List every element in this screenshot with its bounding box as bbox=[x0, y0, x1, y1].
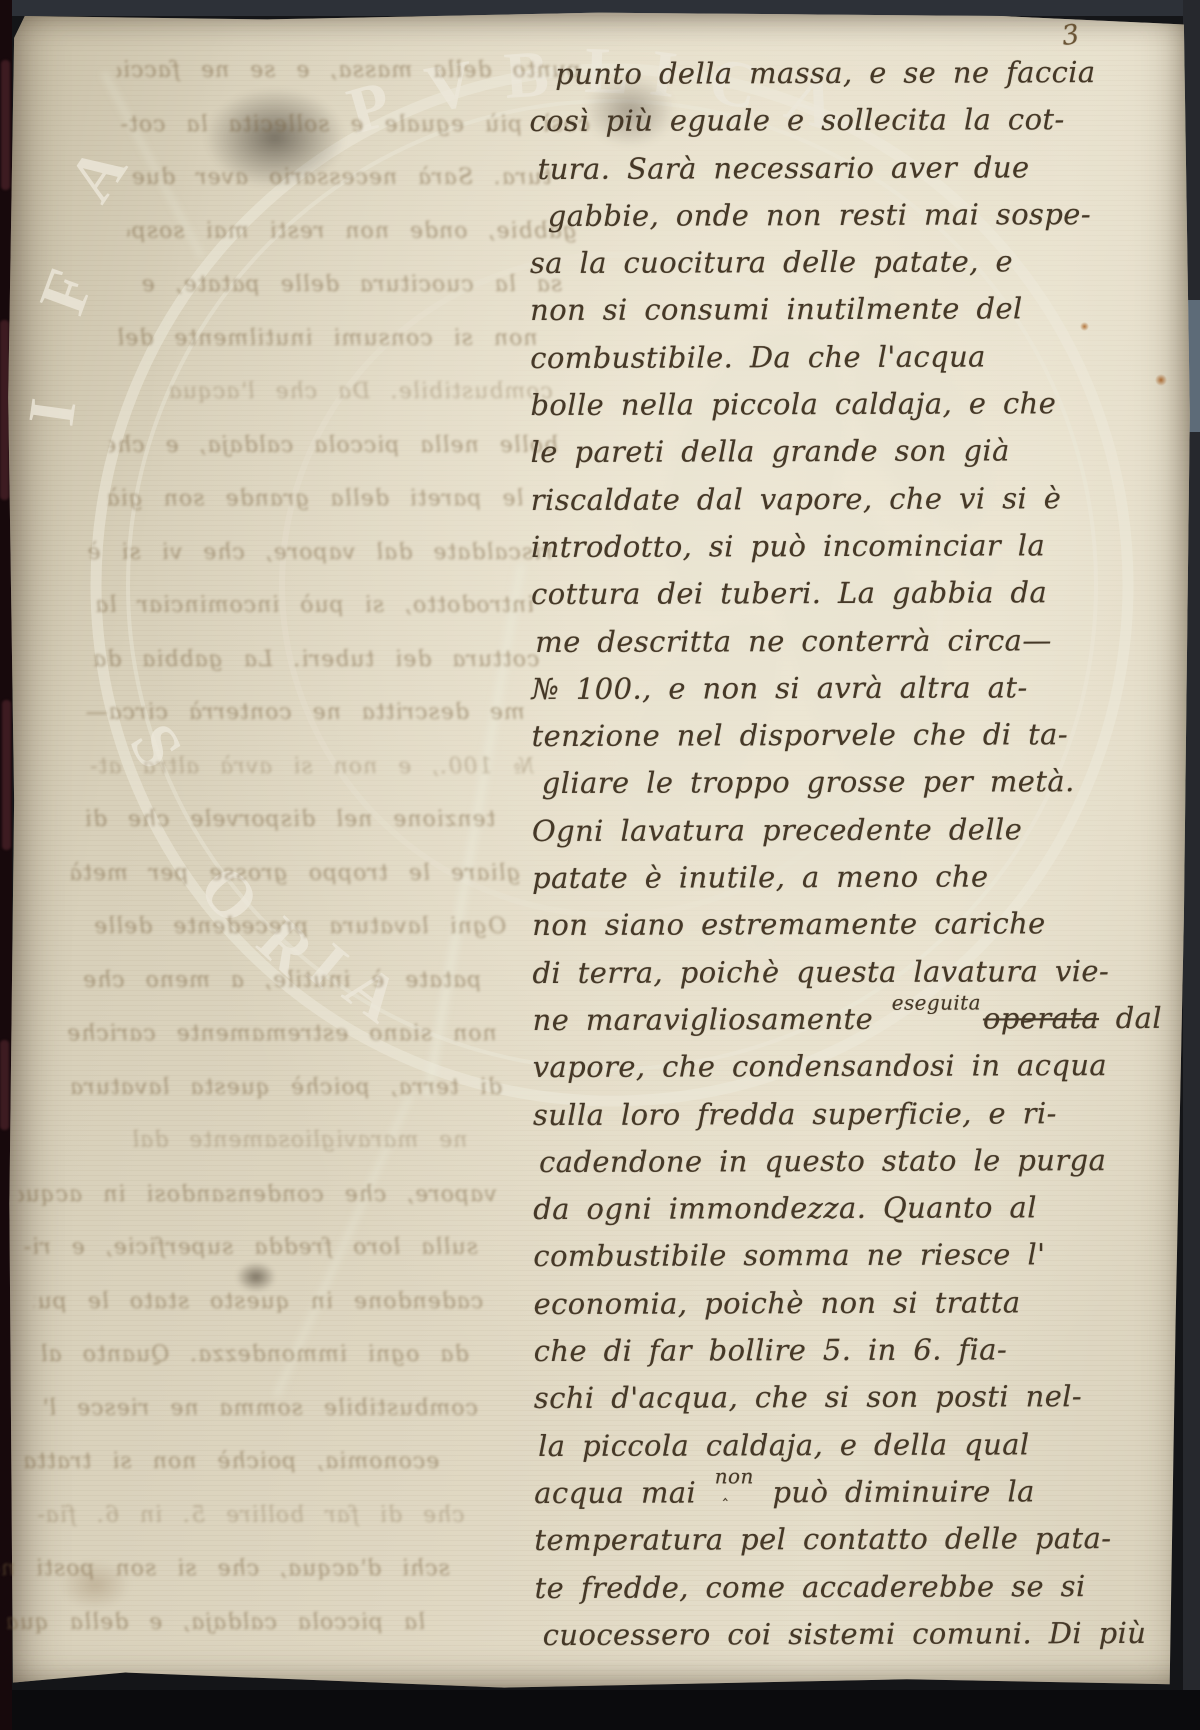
manuscript-line: così più eguale e sollecita la cot- bbox=[529, 96, 1129, 145]
manuscript-line: te fredde, come accaderebbe se si bbox=[534, 1562, 1134, 1611]
handwritten-text: schi d'acqua, che si son posti nel- bbox=[534, 1379, 1082, 1415]
manuscript-line: le pareti della grande son già bbox=[531, 427, 1131, 476]
binding-blot bbox=[0, 320, 9, 500]
insertion-caret: ‸ bbox=[723, 1469, 729, 1516]
manuscript-line: schi d'acqua, che si son posti nel- bbox=[534, 1373, 1134, 1422]
manuscript-line: da ogni immondezza. Quanto al bbox=[533, 1184, 1133, 1233]
manuscript-line: gliare le troppo grosse per metà. bbox=[542, 758, 1132, 807]
handwritten-text: sa la cuocitura delle patate, e bbox=[530, 245, 1013, 281]
manuscript-line: la piccola caldaja, e della qual bbox=[538, 1421, 1134, 1470]
bleedthrough-line: combustibile. Da che l'acqua bbox=[87, 365, 556, 419]
handwritten-text: che di far bollire 5. in 6. fia- bbox=[534, 1332, 1008, 1368]
bleedthrough-line: sa la cuocitura delle patate, e bbox=[96, 258, 565, 312]
handwritten-text: me descritta ne conterrà circa— bbox=[535, 623, 1052, 659]
manuscript-line: me descritta ne conterrà circa— bbox=[535, 617, 1131, 666]
manuscript-line: economia, poichè non si tratta bbox=[533, 1279, 1133, 1328]
bleedthrough-line: le pareti della grande son già bbox=[101, 472, 526, 526]
handwritten-text: combustibile. Da che l'acqua bbox=[530, 339, 986, 375]
manuscript-line: cuocessero coi sistemi comuni. Di più bbox=[543, 1610, 1135, 1659]
handwritten-text: introdotto, si può incominciar la bbox=[531, 528, 1045, 564]
bleedthrough-line: patate è inutile, a meno che bbox=[58, 954, 483, 1008]
bleedthrough-line: bolle nella piccola caldaja, e che bbox=[107, 419, 561, 473]
manuscript-line: non siano estremamente cariche bbox=[532, 900, 1132, 949]
handwritten-text: di terra, poichè questa lavatura vie- bbox=[532, 954, 1109, 990]
bleedthrough-line: non siano estremamente cariche bbox=[30, 1007, 499, 1061]
manuscript-line: cadendone in questo stato le purga bbox=[539, 1137, 1133, 1186]
manuscript-line: sulla loro fredda superficie, e ri- bbox=[533, 1089, 1133, 1138]
manuscript-line: sa la cuocitura delle patate, e bbox=[530, 238, 1130, 287]
bleedthrough-line: ne maravigliosamente dal bbox=[44, 1114, 469, 1168]
bleedthrough-line: da ogni immondezza. Quanto al bbox=[2, 1328, 471, 1382]
handwritten-text: le pareti della grande son già bbox=[531, 434, 1010, 470]
manuscript-line: temperatura pel contatto delle pata- bbox=[534, 1515, 1134, 1564]
manuscript-line: che di far bollire 5. in 6. fia- bbox=[534, 1326, 1134, 1375]
manuscript-line: combustibile somma ne riesce l' bbox=[533, 1231, 1133, 1280]
handwritten-text: te fredde, come accaderebbe se si bbox=[534, 1569, 1085, 1605]
handwritten-text: bolle nella piccola caldaja, e che bbox=[530, 386, 1056, 422]
manuscript-text: punto della massa, e se ne facciacosì pi… bbox=[529, 49, 1135, 1659]
struck-word: operata bbox=[983, 1001, 1099, 1035]
manuscript-line: № 100., e non si avrà altra at- bbox=[531, 664, 1131, 713]
interlinear-insertion: eseguita bbox=[892, 979, 981, 1027]
bleedthrough-line: che di far bollire 5. in 6. fia- bbox=[13, 1489, 467, 1543]
bleedthrough-line: cottura dei tuberi. La gabbia da bbox=[88, 633, 542, 687]
bleedthrough-line: introdotto, si può incominciar la bbox=[68, 579, 537, 633]
binding-blot bbox=[0, 1040, 9, 1130]
bleedthrough-line: sulla loro fredda superficie, e ri- bbox=[12, 1221, 481, 1275]
manuscript-line: Ogni lavatura precedente delle bbox=[532, 806, 1132, 855]
binding-blot bbox=[1, 60, 10, 190]
bleedthrough-line: gabbie, onde non resti mai sospe- bbox=[125, 205, 579, 259]
handwritten-text: così più eguale e sollecita la cot- bbox=[529, 102, 1064, 138]
bleedthrough-line: tura. Sarà necessario aver due bbox=[129, 151, 554, 205]
handwritten-text: gliare le troppo grosse per metà. bbox=[542, 765, 1075, 801]
handwritten-text: vapore, che condensandosi in acqua bbox=[533, 1048, 1107, 1084]
handwritten-text: può diminuire la bbox=[756, 1474, 1035, 1509]
handwritten-text: cadendone in questo stato le purga bbox=[539, 1143, 1106, 1179]
handwritten-text: dal bbox=[1099, 1001, 1162, 1035]
manuscript-line: ne maravigliosamente eseguitaoperata dal bbox=[532, 995, 1132, 1044]
handwritten-text: punto della massa, e se ne faccia bbox=[555, 55, 1095, 91]
bleedthrough-line: riscaldate dal vapore, che vi si è bbox=[72, 526, 555, 580]
bleedthrough-line: me descritta ne conterrà circa— bbox=[58, 686, 527, 740]
handwritten-text: patate è inutile, a meno che bbox=[532, 860, 989, 896]
manuscript-line: cottura dei tuberi. La gabbia da bbox=[531, 569, 1131, 618]
handwritten-text: ne maravigliosamente bbox=[533, 1002, 890, 1037]
handwritten-text: temperatura pel contatto delle pata- bbox=[534, 1521, 1111, 1557]
bleedthrough-line: la piccola caldaja, e della qual bbox=[2, 1596, 427, 1650]
manuscript-line: bolle nella piccola caldaja, e che bbox=[530, 380, 1130, 429]
handwritten-text: Ogni lavatura precedente delle bbox=[532, 812, 1022, 848]
interlinear-insertion: non‸ bbox=[715, 1453, 754, 1500]
bleedthrough-line: cadendone in questo stato le purga bbox=[32, 1275, 486, 1329]
manuscript-line: gabbie, onde non resti mai sospe- bbox=[548, 191, 1130, 240]
handwritten-text: cuocessero coi sistemi comuni. Di più bbox=[543, 1616, 1147, 1652]
handwritten-text: cottura dei tuberi. La gabbia da bbox=[531, 576, 1047, 612]
bleedthrough-line: gliare le troppo grosse per metà. bbox=[69, 847, 523, 901]
manuscript-line: tura. Sarà necessario aver due bbox=[538, 144, 1130, 193]
handwritten-text: da ogni immondezza. Quanto al bbox=[533, 1190, 1037, 1226]
bleedthrough-line: di terra, poichè questa lavatura vie- bbox=[50, 1061, 504, 1115]
scan-background-bottom bbox=[0, 1690, 1200, 1730]
handwritten-text: acqua mai bbox=[534, 1475, 713, 1510]
handwritten-text: gabbie, onde non resti mai sospe- bbox=[548, 197, 1091, 233]
bleedthrough-line: № 100., e non si avrà altra at- bbox=[54, 740, 537, 794]
bleedthrough-line: non si consumi inutilmente del bbox=[115, 312, 540, 366]
handwritten-text: non si consumi inutilmente del bbox=[530, 292, 1023, 328]
binding-blot bbox=[2, 700, 11, 850]
manuscript-line: di terra, poichè questa lavatura vie- bbox=[532, 948, 1132, 997]
manuscript-line: introdotto, si può incominciar la bbox=[531, 522, 1131, 571]
handwritten-text: riscaldate dal vapore, che vi si è bbox=[531, 481, 1062, 517]
manuscript-line: acqua mai non‸ può diminuire la bbox=[534, 1468, 1134, 1517]
bleedthrough-line: economia, poichè non si tratta bbox=[16, 1435, 441, 1489]
handwritten-text: sulla loro fredda superficie, e ri- bbox=[533, 1096, 1057, 1132]
manuscript-line: combustibile. Da che l'acqua bbox=[530, 333, 1130, 382]
manuscript-line: tenzione nel disporvele che di ta- bbox=[532, 711, 1132, 760]
handwritten-text: non siano estremamente cariche bbox=[532, 907, 1046, 943]
bleedthrough-line: schi d'acqua, che si son posti nel- bbox=[0, 1542, 452, 1596]
handwritten-text: № 100., e non si avrà altra at- bbox=[531, 670, 1027, 706]
bleedthrough-line: punto della massa, e se ne faccia bbox=[115, 44, 584, 98]
manuscript-line: punto della massa, e se ne faccia bbox=[555, 49, 1129, 98]
bleedthrough-line: Ogni lavatura precedente delle bbox=[40, 900, 509, 954]
handwritten-text: tenzione nel disporvele che di ta- bbox=[532, 717, 1069, 753]
manuscript-scan: AFIPVBLICASORIA punto della massa, e se … bbox=[0, 0, 1200, 1730]
bleedthrough-line: combustibile somma ne riesce l' bbox=[0, 1382, 480, 1436]
handwritten-text: tura. Sarà necessario aver due bbox=[538, 150, 1030, 186]
bleedthrough-line: tenzione nel disporvele che di ta- bbox=[72, 793, 497, 847]
handwritten-text: la piccola caldaja, e della qual bbox=[538, 1427, 1030, 1463]
handwritten-text: combustibile somma ne riesce l' bbox=[533, 1238, 1045, 1274]
manuscript-line: riscaldate dal vapore, che vi si è bbox=[531, 475, 1131, 524]
bleedthrough-line: vapore, che condensandosi in acqua bbox=[16, 1168, 499, 1222]
manuscript-line: vapore, che condensandosi in acqua bbox=[533, 1042, 1133, 1091]
handwritten-text: economia, poichè non si tratta bbox=[534, 1285, 1021, 1321]
bleedthrough-line: così più eguale e sollecita la cot- bbox=[110, 98, 593, 152]
manuscript-line: patate è inutile, a meno che bbox=[532, 853, 1132, 902]
manuscript-line: non si consumi inutilmente del bbox=[530, 285, 1130, 334]
